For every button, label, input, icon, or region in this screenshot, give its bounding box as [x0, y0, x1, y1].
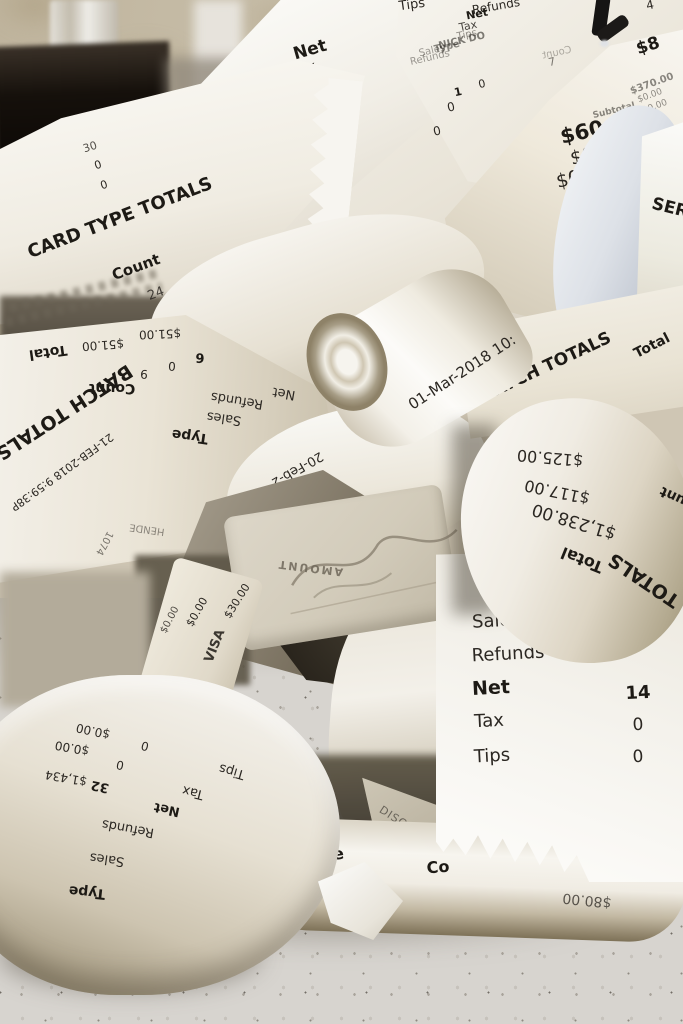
receipt-amount: $51.00: [139, 326, 181, 341]
receipt-value: 6: [195, 349, 205, 364]
receipt-value: 9: [140, 367, 149, 381]
receipt-value: 14: [625, 682, 651, 704]
receipt-label: Tax: [474, 710, 505, 733]
receipt-amount: $51.00: [82, 337, 125, 354]
receipt-value: 0: [168, 359, 176, 373]
receipt-value: 0: [632, 747, 644, 768]
clip-glint: [600, 40, 609, 47]
receipt-label: Net: [472, 676, 511, 700]
receipt-value: 0: [632, 715, 644, 736]
receipt-label: Tips: [473, 745, 510, 768]
receipt-label: Co: [426, 857, 450, 878]
receipt-pile-photo: Net Tax Tips Tips Refunds Net Tax Tips N…: [0, 0, 683, 1024]
